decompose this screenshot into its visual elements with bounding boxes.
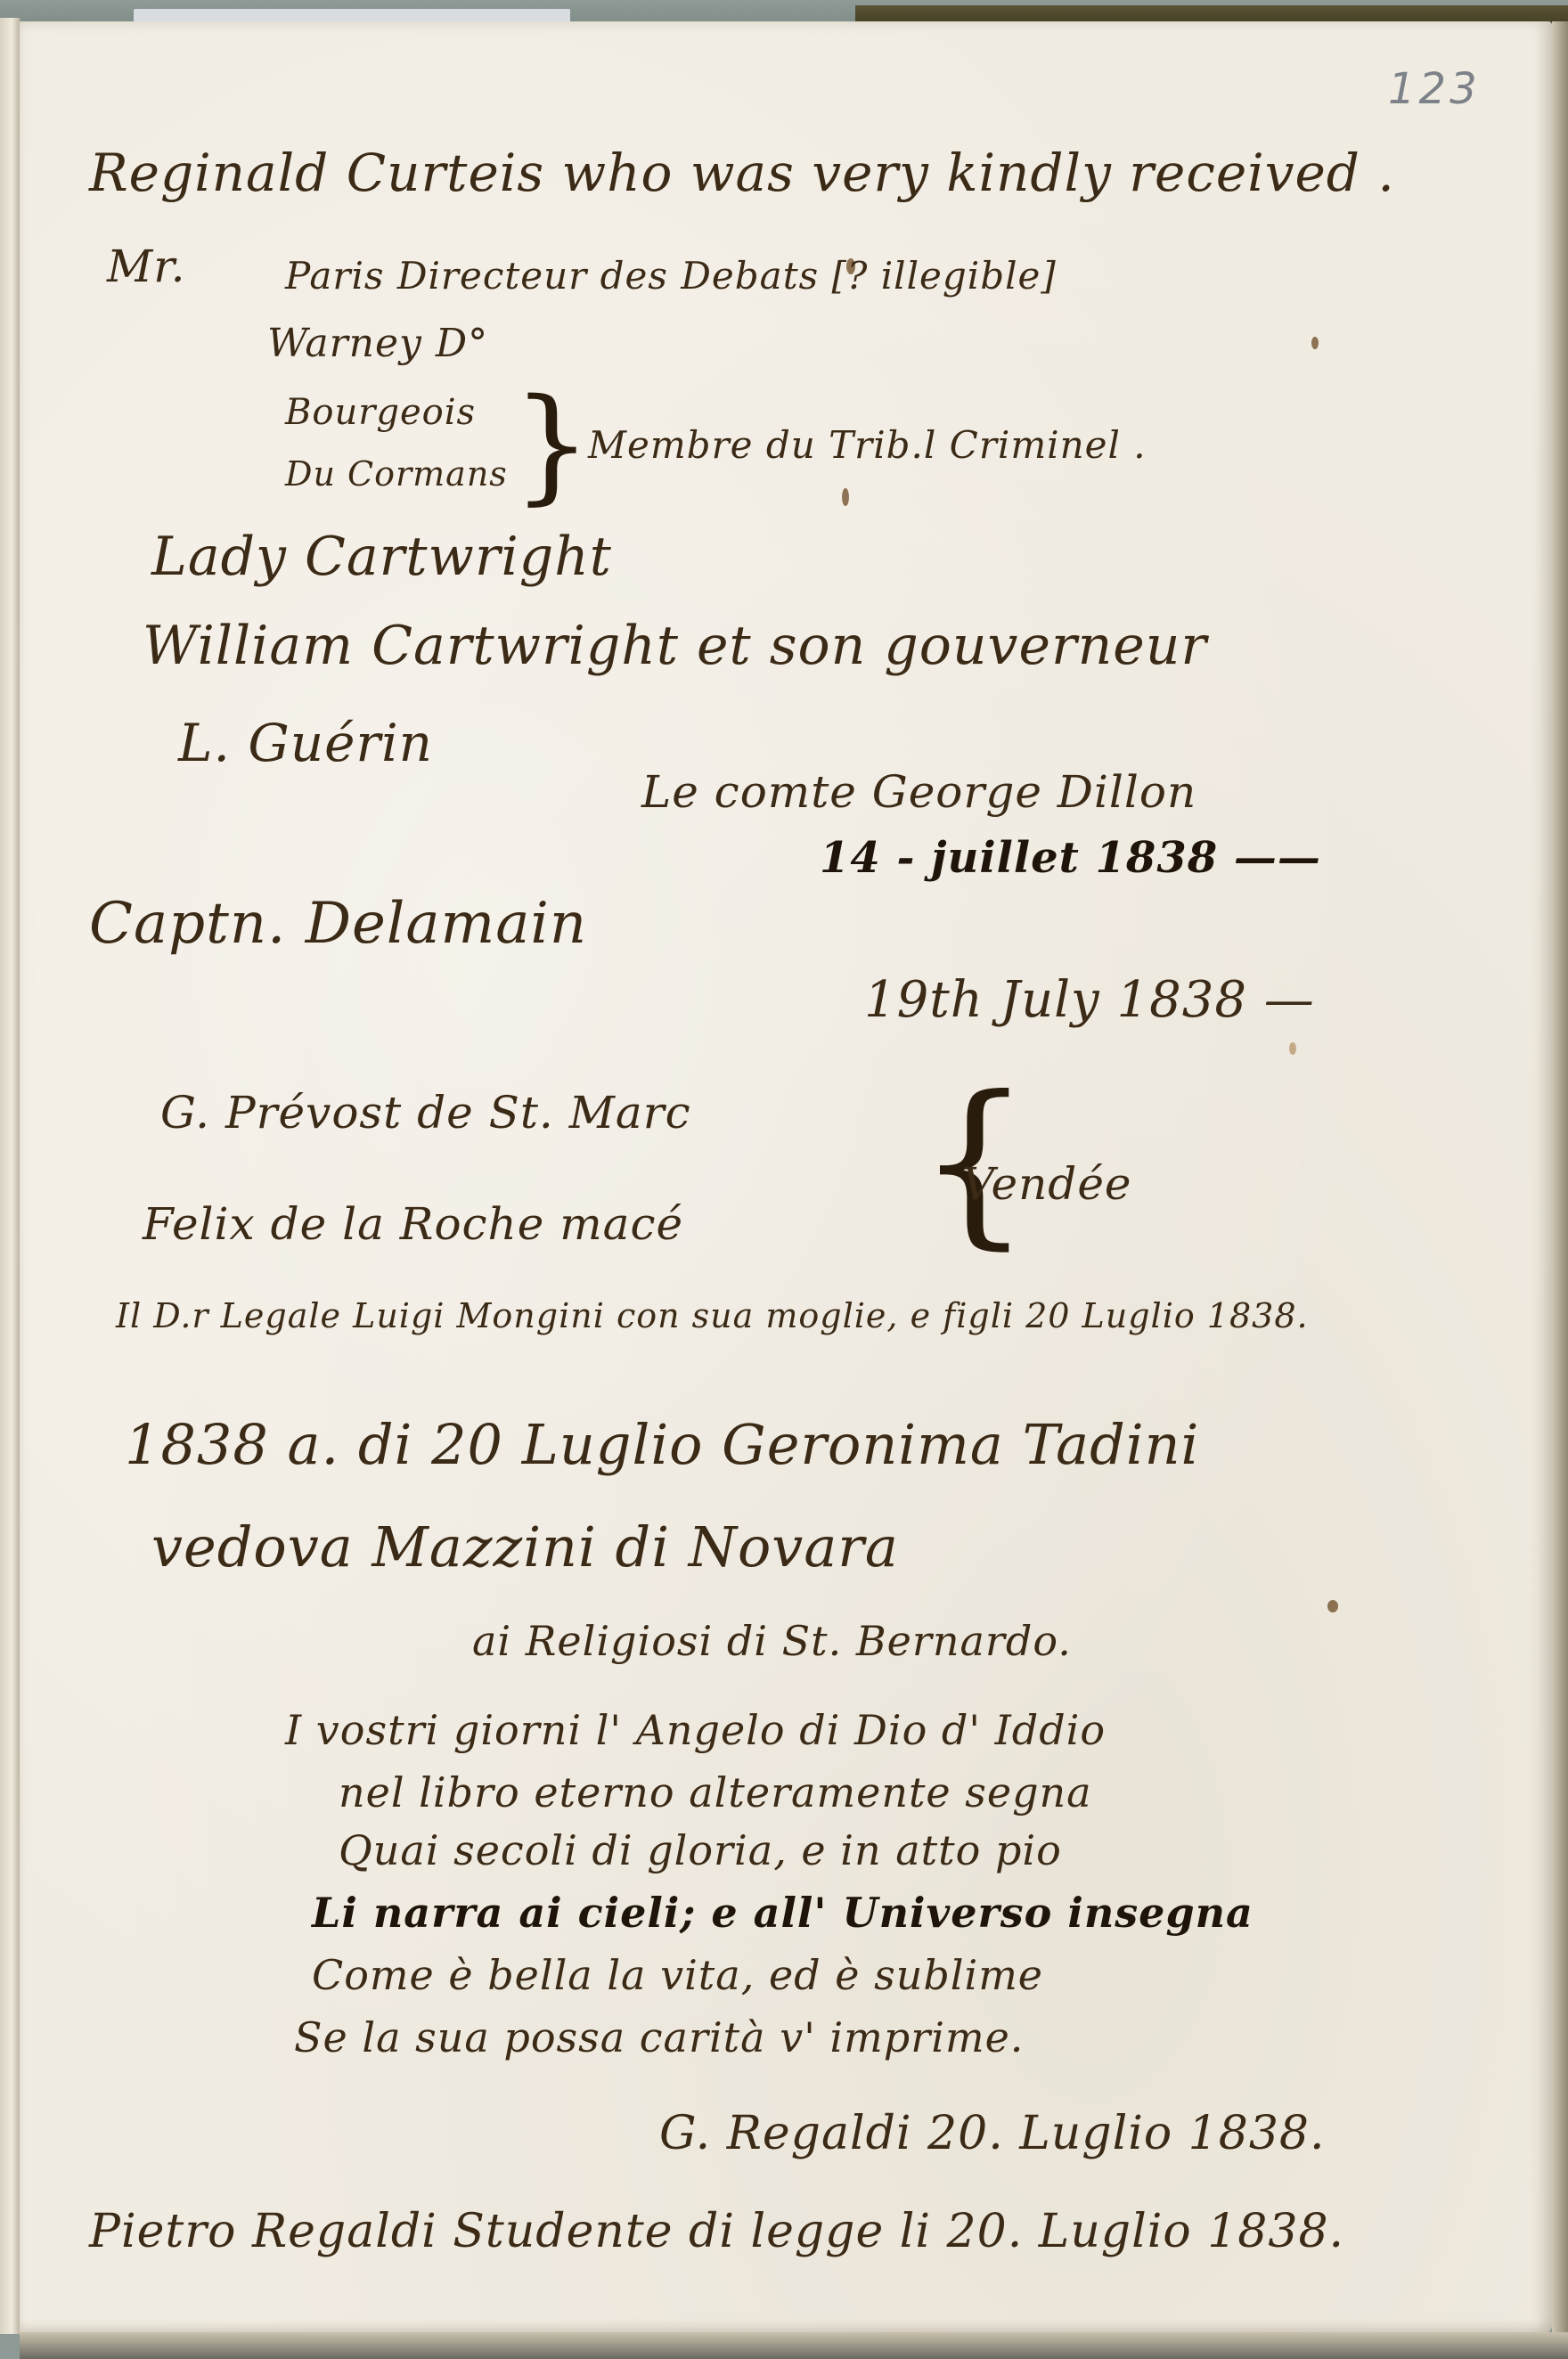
- entry-prevost: G. Prévost de St. Marc: [160, 1087, 691, 1139]
- poem-line-1: I vostri giorni l' Angelo di Dio d' Iddi…: [285, 1706, 1106, 1754]
- poem-line-4: Li narra ai cieli; e all' Universo inseg…: [312, 1889, 1254, 1937]
- entry-bourgeois: Bourgeois: [285, 392, 476, 433]
- entry-william-cartwright: William Cartwright et son gouverneur: [143, 615, 1207, 677]
- ink-spot: [842, 488, 849, 506]
- left-page-edge: [0, 18, 20, 2334]
- signature-pietro-regaldi: Pietro Regaldi Studente di legge li 20. …: [89, 2205, 1344, 2258]
- entry-religiosi: ai Religiosi di St. Bernardo.: [472, 1617, 1072, 1665]
- entry-mr: Mr.: [107, 241, 186, 292]
- poem-line-5: Come è bella la vita, ed è sublime: [312, 1951, 1043, 1999]
- entry-felix: Felix de la Roche macé: [143, 1198, 683, 1250]
- bottom-page-edge: [20, 2332, 1568, 2359]
- ink-spot: [1289, 1042, 1296, 1055]
- entry-legale: Il D.r Legale Luigi Mongini con sua mogl…: [116, 1296, 1309, 1335]
- entry-dillon: Le comte George Dillon: [641, 766, 1196, 818]
- entry-membre: Membre du Trib.l Criminel .: [588, 423, 1147, 467]
- entry-dillon-date: 14 - juillet 1838 ——: [820, 833, 1321, 883]
- right-page-edge: [1552, 21, 1568, 2338]
- poem-line-3: Quai secoli di gloria, e in atto pio: [339, 1826, 1062, 1874]
- entry-delamain: Captn. Delamain: [89, 891, 587, 957]
- poem-line-2: nel libro eterno alteramente segna: [339, 1768, 1092, 1816]
- entry-lady-cartwright: Lady Cartwright: [151, 526, 612, 588]
- ink-spot: [1311, 337, 1319, 349]
- entry-paris: Paris Directeur des Debats [? illegible]: [285, 254, 1057, 298]
- entry-vendee: Vendée: [962, 1158, 1132, 1210]
- signature-regaldi: G. Regaldi 20. Luglio 1838.: [659, 2107, 1326, 2160]
- entry-du-cormans: Du Cormans: [285, 454, 508, 494]
- poem-line-6: Se la sua possa carità v' imprime.: [294, 2013, 1024, 2061]
- entry-year-line: 1838 a. di 20 Luglio Geronima Tadini: [125, 1412, 1199, 1477]
- entry-vedova: vedova Mazzini di Novara: [151, 1514, 899, 1579]
- entry-delamain-date: 19th July 1838 —: [864, 971, 1315, 1029]
- entry-warney: Warney D°: [267, 321, 488, 366]
- folio-number: 123: [1388, 64, 1481, 114]
- ink-spot: [1327, 1600, 1338, 1612]
- entry-guerin: L. Guérin: [178, 713, 433, 773]
- entry-reginald: Reginald Curteis who was very kindly rec…: [89, 143, 1395, 203]
- brace-bracket: }: [512, 383, 592, 508]
